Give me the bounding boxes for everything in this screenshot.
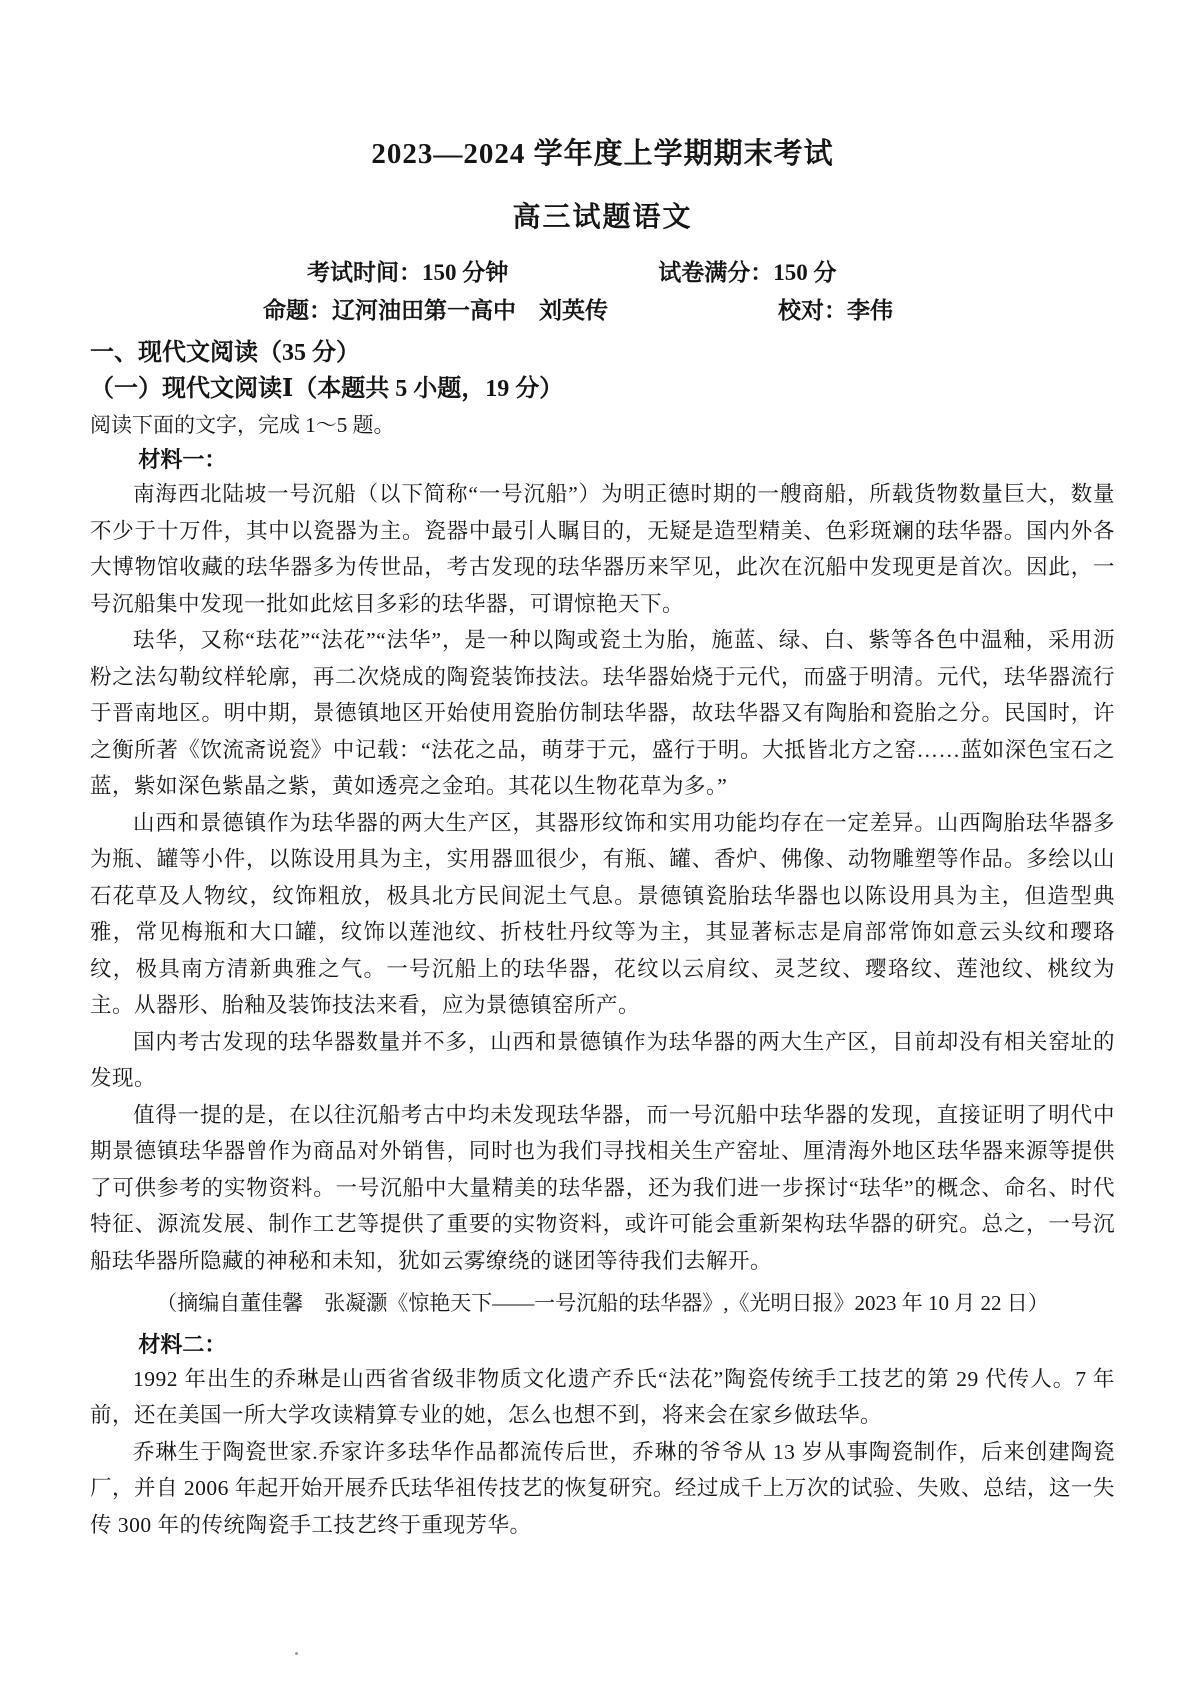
section-heading-modern-reading: 一、现代文阅读（35 分） <box>90 336 1115 370</box>
material1-paragraph-1: 南海西北陆坡一号沉船（以下简称“一号沉船”）为明正德时期的一艘商船，所载货物数量… <box>90 476 1115 622</box>
reading-instruction: 阅读下面的文字，完成 1～5 题。 <box>90 409 1115 441</box>
material1-paragraph-5: 值得一提的是，在以往沉船考古中均未发现珐华器，而一号沉船中珐华器的发现，直接证明… <box>90 1097 1115 1280</box>
subsection-heading-reading-1: （一）现代文阅读Ⅰ（本题共 5 小题，19 分） <box>90 372 1115 406</box>
exam-subtitle: 高三试题语文 <box>90 200 1115 236</box>
exam-title: 2023—2024 学年度上学期期末考试 <box>90 136 1115 172</box>
material1-label: 材料一： <box>90 443 1115 476</box>
material1-paragraph-2: 珐华，又称“珐花”“法花”“法华”，是一种以陶或瓷土为胎，施蓝、绿、白、紫等各色… <box>90 622 1115 805</box>
exam-paper-page: 2023—2024 学年度上学期期末考试 高三试题语文 考试时间：150 分钟 … <box>0 0 1200 1698</box>
exam-meta-author-row: 命题：辽河油田第一高中 刘英传 校对：李伟 <box>90 296 1115 326</box>
material2-paragraph-2: 乔琳生于陶瓷世家.乔家许多珐华作品都流传后世，乔琳的爷爷从 13 岁从事陶瓷制作… <box>90 1434 1115 1544</box>
exam-meta-time-row: 考试时间：150 分钟 试卷满分：150 分 <box>90 258 1115 288</box>
scan-artifact-dot <box>295 1652 298 1655</box>
material1-paragraph-3: 山西和景德镇作为珐华器的两大生产区，其器形纹饰和实用功能均存在一定差异。山西陶胎… <box>90 805 1115 1024</box>
exam-duration: 考试时间：150 分钟 <box>307 258 508 288</box>
exam-setter: 命题：辽河油田第一高中 刘英传 <box>263 296 608 326</box>
material1-source-attribution: （摘编自董佳馨 张凝灏《惊艳天下——一号沉船的珐华器》,《光明日报》2023 年… <box>90 1285 1115 1322</box>
material2-label: 材料二： <box>90 1328 1115 1361</box>
exam-proofreader: 校对：李伟 <box>778 296 893 326</box>
exam-full-score: 试卷满分：150 分 <box>658 258 836 288</box>
material1-paragraph-4: 国内考古发现的珐华器数量并不多，山西和景德镇作为珐华器的两大生产区，目前却没有相… <box>90 1024 1115 1097</box>
material2-paragraph-1: 1992 年出生的乔琳是山西省省级非物质文化遗产乔氏“法花”陶瓷传统手工技艺的第… <box>90 1361 1115 1434</box>
